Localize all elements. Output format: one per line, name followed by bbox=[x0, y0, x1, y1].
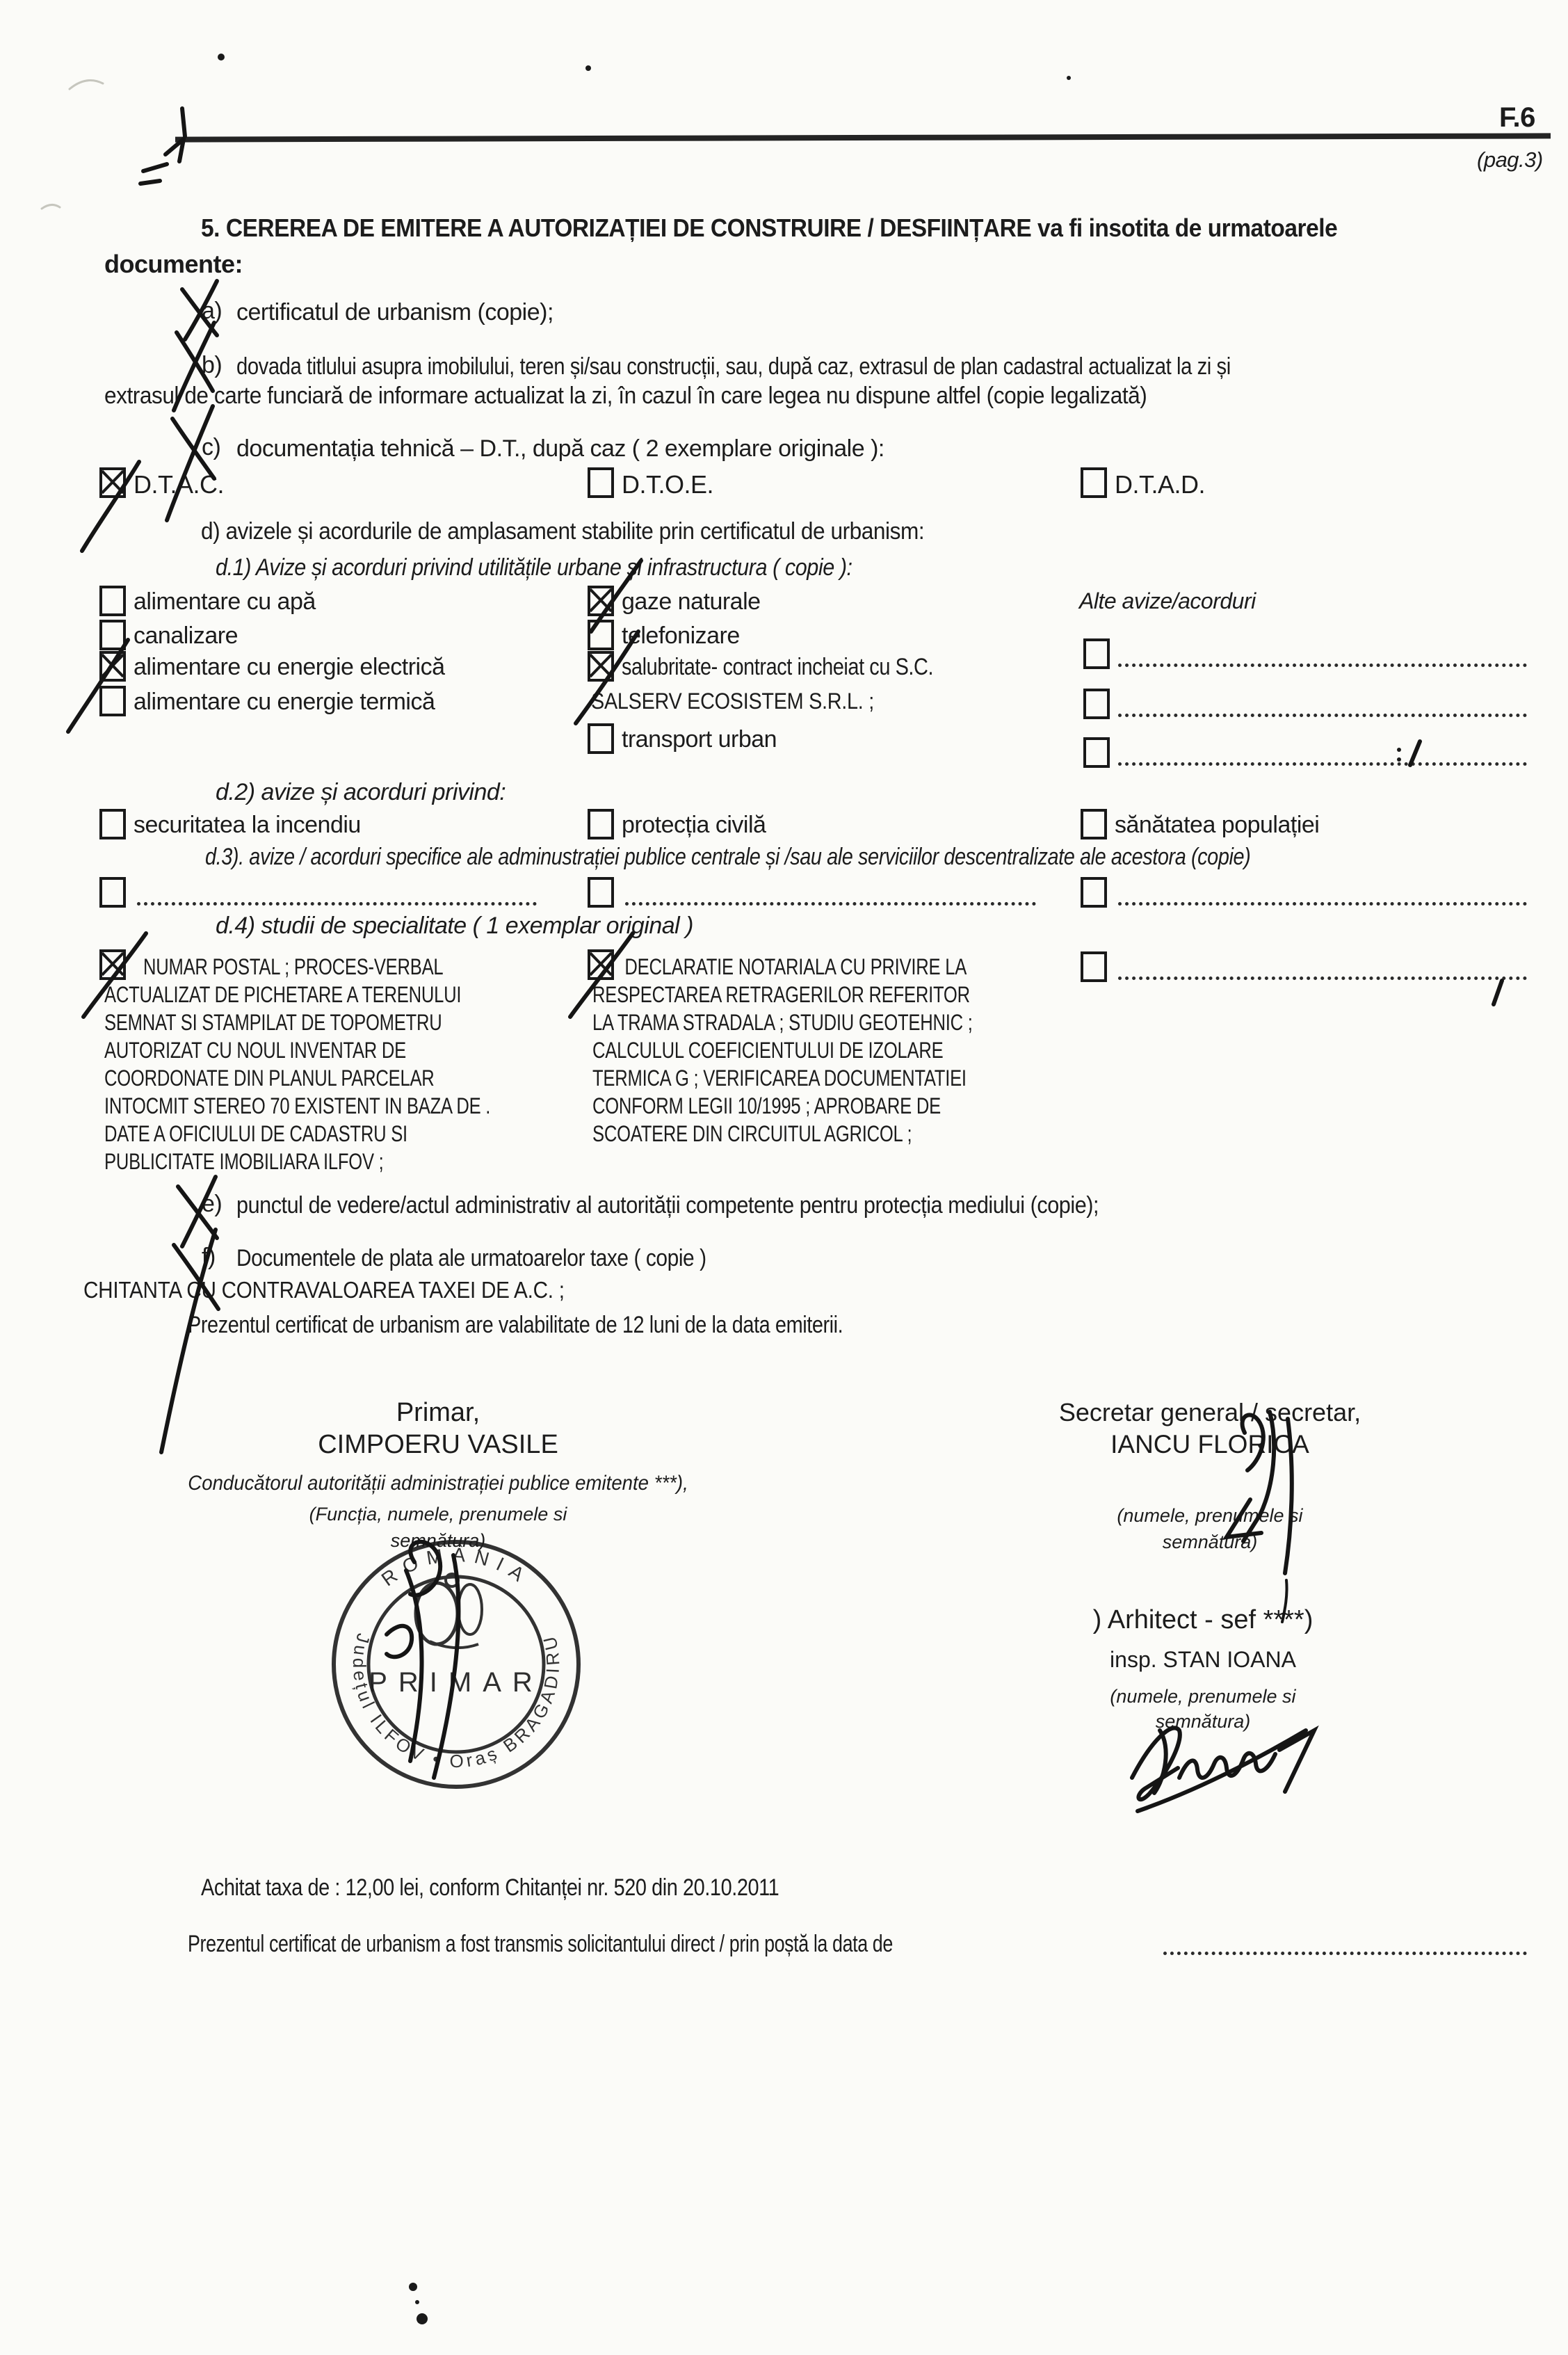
item-b-line1: dovada titlului asupra imobilului, teren… bbox=[236, 353, 1231, 380]
d4-left-line: PUBLICITATE IMOBILIARA ILFOV ; bbox=[104, 1148, 490, 1175]
scanned-form-page-f6: F.6 (pag.3) 5. CEREREA DE EMITERE A AUTO… bbox=[0, 0, 1568, 2355]
official-round-stamp: ROMÂNIA Județul ILFOV • Oraș BRAGADIRU P… bbox=[325, 1530, 587, 1802]
item-c-text: documentația tehnică – D.T., după caz ( … bbox=[236, 435, 884, 463]
primar-name: CIMPOERU VASILE bbox=[125, 1430, 751, 1460]
label-transport-urban: transport urban bbox=[622, 726, 777, 753]
payment-doc-line: CHITANTA CU CONTRAVALOAREA TAXEI DE A.C.… bbox=[83, 1277, 565, 1303]
checkbox-dtad bbox=[1081, 467, 1107, 498]
d1-heading: d.1) Avize și acorduri privind utilități… bbox=[216, 554, 852, 581]
section5-heading-line2: documente: bbox=[104, 250, 243, 278]
checkbox-dtac bbox=[99, 467, 126, 498]
checkbox-energie-termica bbox=[99, 686, 126, 716]
dotted-field bbox=[1118, 898, 1527, 906]
dotted-field bbox=[137, 898, 537, 906]
checkbox-canalizare bbox=[99, 620, 126, 650]
label-canalizare: canalizare bbox=[134, 622, 238, 650]
arhitect-note1: (numele, prenumele si bbox=[994, 1686, 1412, 1707]
label-apa: alimentare cu apă bbox=[134, 588, 316, 616]
item-b-letter: b) bbox=[202, 352, 222, 379]
secretar-note1: (numele, prenumele si bbox=[987, 1505, 1432, 1527]
d4-middle-line: DECLARATIE NOTARIALA CU PRIVIRE LA bbox=[592, 953, 973, 981]
primar-note1: (Funcția, numele, prenumele si bbox=[125, 1504, 751, 1525]
label-telefonizare: telefonizare bbox=[622, 622, 740, 650]
d4-middle-line: CALCULUL COEFICIENTULUI DE IZOLARE bbox=[592, 1036, 973, 1064]
d2-heading: d.2) avize și acorduri privind: bbox=[216, 779, 506, 806]
section5-heading-line1: 5. CEREREA DE EMITERE A AUTORIZAȚIEI DE … bbox=[201, 214, 1337, 242]
dotted-field bbox=[1118, 972, 1527, 980]
d4-left-line: AUTORIZAT CU NOUL INVENTAR DE bbox=[104, 1036, 490, 1064]
d4-left-line: DATE A OFICIULUI DE CADASTRU SI bbox=[104, 1120, 490, 1148]
primar-subtitle: Conducătorul autorității administrației … bbox=[125, 1472, 751, 1495]
label-salserv: SALSERV ECOSISTEM S.R.L. ; bbox=[591, 689, 874, 714]
label-energie-electrica: alimentare cu energie electrică bbox=[134, 654, 445, 681]
dotted-field bbox=[1118, 758, 1527, 766]
checkbox-alte-avize-3 bbox=[1083, 737, 1110, 768]
secretar-name: IANCU FLORICA bbox=[987, 1430, 1432, 1459]
arhitect-title: ) Arhitect - sef ****) bbox=[994, 1605, 1412, 1635]
checkbox-energie-electrica bbox=[99, 651, 126, 682]
label-protectie-civila: protecția civilă bbox=[622, 812, 766, 839]
d4-left-line: INTOCMIT STEREO 70 EXISTENT IN BAZA DE . bbox=[104, 1092, 490, 1120]
label-sanatate: sănătatea populației bbox=[1115, 812, 1319, 839]
label-dtac: D.T.A.C. bbox=[134, 470, 224, 499]
label-energie-termica: alimentare cu energie termică bbox=[134, 689, 435, 716]
checkbox-salubritate bbox=[588, 651, 614, 682]
validity-line: Prezentul certificat de urbanism are val… bbox=[188, 1312, 843, 1339]
d3-heading: d.3). avize / acorduri specifice ale adm… bbox=[205, 844, 1250, 871]
alte-avize-header: Alte avize/acorduri bbox=[1079, 588, 1256, 614]
checkbox-d3-1 bbox=[99, 877, 126, 908]
secretar-note2: semnătura) bbox=[987, 1532, 1432, 1553]
checkbox-telefonizare bbox=[588, 620, 614, 650]
item-e-text: punctul de vedere/actul administrativ al… bbox=[236, 1192, 1099, 1219]
checkbox-apa bbox=[99, 586, 126, 616]
checkbox-dtoe bbox=[588, 467, 614, 498]
d4-left-line: ACTUALIZAT DE PICHETARE A TERENULUI bbox=[104, 981, 490, 1008]
checkbox-gaze bbox=[588, 586, 614, 616]
item-f-text: Documentele de plata ale urmatoarelor ta… bbox=[236, 1245, 706, 1272]
checkbox-transport-urban bbox=[588, 723, 614, 754]
stamp-center-text: PRIMAR bbox=[369, 1667, 544, 1698]
checkbox-sanatate bbox=[1081, 809, 1107, 839]
checkbox-d3-3 bbox=[1081, 877, 1107, 908]
d-heading: d) avizele și acordurile de amplasament … bbox=[201, 518, 924, 545]
dotted-field bbox=[625, 898, 1036, 906]
transmitted-line: Prezentul certificat de urbanism a fost … bbox=[188, 1931, 893, 1958]
item-c-letter: c) bbox=[202, 434, 220, 461]
d4-left-line: COORDONATE DIN PLANUL PARCELAR bbox=[104, 1064, 490, 1092]
d4-middle-line: LA TRAMA STRADALA ; STUDIU GEOTEHNIC ; bbox=[592, 1008, 973, 1036]
d4-left-block: NUMAR POSTAL ; PROCES-VERBAL ACTUALIZAT … bbox=[104, 953, 490, 1175]
label-gaze: gaze naturale bbox=[622, 588, 761, 616]
d4-middle-line: TERMICA G ; VERIFICAREA DOCUMENTATIEI bbox=[592, 1064, 973, 1092]
label-salubritate: salubritate- contract incheiat cu S.C. bbox=[622, 654, 933, 681]
secretar-title: Secretar general / secretar, bbox=[987, 1398, 1432, 1427]
d4-middle-line: SCOATERE DIN CIRCUITUL AGRICOL ; bbox=[592, 1120, 973, 1148]
d4-middle-line: RESPECTAREA RETRAGERILOR REFERITOR bbox=[592, 981, 973, 1008]
d4-left-line: SEMNAT SI STAMPILAT DE TOPOMETRU bbox=[104, 1008, 490, 1036]
form-code: F.6 bbox=[1499, 102, 1535, 134]
primar-title: Primar, bbox=[125, 1398, 751, 1428]
item-f-letter: f) bbox=[202, 1244, 216, 1271]
label-incendiu: securitatea la incendiu bbox=[134, 812, 361, 839]
arhitect-note2: semnătura) bbox=[994, 1711, 1412, 1733]
item-e-letter: e) bbox=[202, 1191, 222, 1218]
arhitect-name: insp. STAN IOANA bbox=[994, 1647, 1412, 1673]
item-a-letter: a) bbox=[202, 298, 222, 325]
checkbox-alte-avize-1 bbox=[1083, 638, 1110, 669]
checkbox-protectie-civila bbox=[588, 809, 614, 839]
d4-middle-block: DECLARATIE NOTARIALA CU PRIVIRE LA RESPE… bbox=[592, 953, 973, 1148]
checkbox-incendiu bbox=[99, 809, 126, 839]
dotted-field bbox=[1163, 1947, 1527, 1955]
dotted-field bbox=[1118, 659, 1527, 667]
header-rule bbox=[175, 133, 1551, 142]
dotted-field bbox=[1118, 709, 1527, 717]
d4-heading: d.4) studii de specialitate ( 1 exemplar… bbox=[216, 913, 693, 940]
item-a-text: certificatul de urbanism (copie); bbox=[236, 299, 553, 326]
d4-middle-line: CONFORM LEGII 10/1995 ; APROBARE DE bbox=[592, 1092, 973, 1120]
tax-paid-line: Achitat taxa de : 12,00 lei, conform Chi… bbox=[201, 1874, 779, 1902]
label-dtad: D.T.A.D. bbox=[1115, 470, 1205, 499]
item-b-line2: extrasul de carte funciară de informare … bbox=[104, 383, 1147, 410]
label-dtoe: D.T.O.E. bbox=[622, 470, 713, 499]
d4-left-line: NUMAR POSTAL ; PROCES-VERBAL bbox=[104, 953, 490, 981]
checkbox-d3-2 bbox=[588, 877, 614, 908]
page-ref: (pag.3) bbox=[1477, 147, 1543, 172]
checkbox-alte-avize-2 bbox=[1083, 689, 1110, 719]
checkbox-d4-3 bbox=[1081, 951, 1107, 982]
